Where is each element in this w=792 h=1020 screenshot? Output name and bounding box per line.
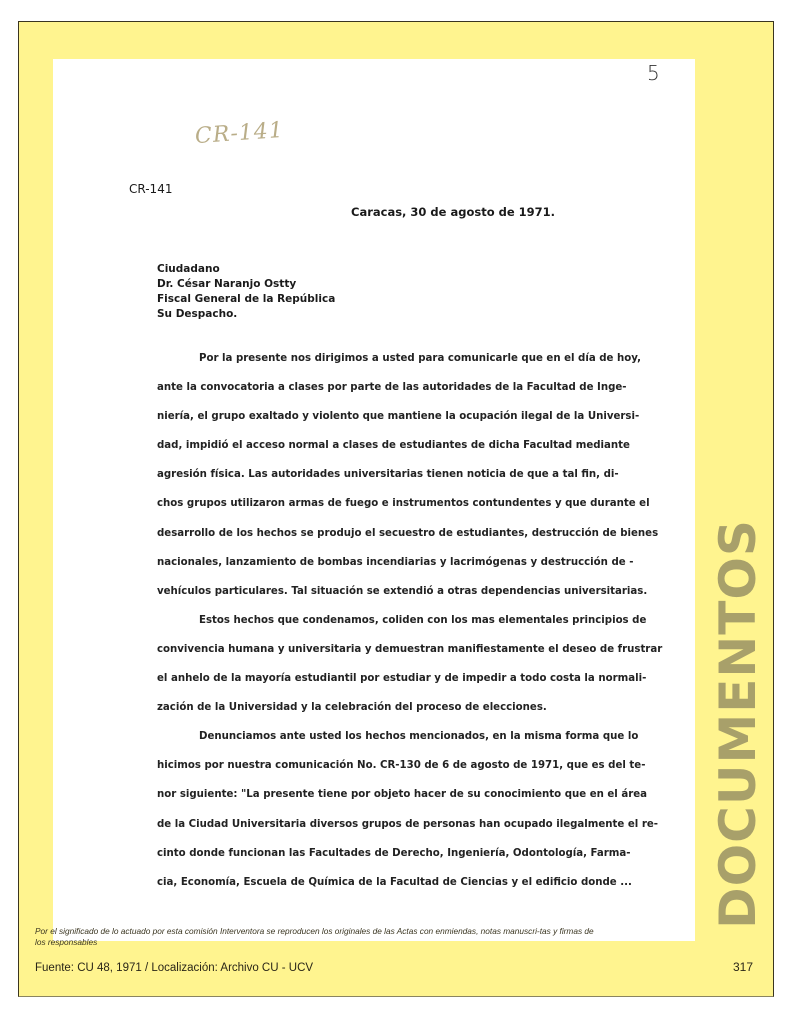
letter-line: nacionales, lanzamiento de bombas incend… [157, 548, 637, 577]
letter-line: agresión física. Las autoridades univers… [157, 460, 637, 489]
handwritten-page-number: 5 [647, 61, 660, 85]
letter-line: convivencia humana y universitaria y dem… [157, 635, 637, 664]
letter-line: hicimos por nuestra comunicación No. CR-… [157, 751, 637, 780]
addressee-line: Dr. César Naranjo Ostty [157, 277, 335, 292]
letter-body: Por la presente nos dirigimos a usted pa… [157, 344, 637, 897]
reference-code: CR-141 [129, 182, 172, 196]
scanned-letter: 5 CR-141 CR-141 Caracas, 30 de agosto de… [53, 59, 695, 941]
letter-line: niería, el grupo exaltado y violento que… [157, 402, 637, 431]
page-number: 317 [733, 960, 753, 974]
addressee-line: Ciudadano [157, 262, 335, 277]
handwritten-reference: CR-141 [194, 118, 284, 149]
source-line: Fuente: CU 48, 1971 / Localización: Arch… [35, 962, 313, 974]
addressee-line: Fiscal General de la República [157, 292, 335, 307]
letter-line: el anhelo de la mayoría estudiantil por … [157, 664, 637, 693]
letter-line: dad, impidió el acceso normal a clases d… [157, 431, 637, 460]
caption: Por el significado de lo actuado por est… [35, 926, 595, 948]
date-line: Caracas, 30 de agosto de 1971. [351, 205, 555, 219]
letter-line: Denunciamos ante usted los hechos mencio… [157, 722, 637, 751]
section-label: DOCUMENTOS [709, 519, 767, 929]
addressee-block: Ciudadano Dr. César Naranjo Ostty Fiscal… [157, 262, 335, 322]
letter-line: zación de la Universidad y la celebració… [157, 693, 637, 722]
letter-line: desarrollo de los hechos se produjo el s… [157, 519, 637, 548]
addressee-line: Su Despacho. [157, 307, 335, 322]
letter-line: Por la presente nos dirigimos a usted pa… [157, 344, 637, 373]
letter-line: nor siguiente: "La presente tiene por ob… [157, 780, 637, 809]
letter-line: ante la convocatoria a clases por parte … [157, 373, 637, 402]
letter-line: chos grupos utilizaron armas de fuego e … [157, 489, 637, 518]
letter-line: de la Ciudad Universitaria diversos grup… [157, 810, 637, 839]
letter-line: cia, Economía, Escuela de Química de la … [157, 868, 637, 897]
letter-line: cinto donde funcionan las Facultades de … [157, 839, 637, 868]
letter-line: Estos hechos que condenamos, coliden con… [157, 606, 637, 635]
letter-line: vehículos particulares. Tal situación se… [157, 577, 637, 606]
